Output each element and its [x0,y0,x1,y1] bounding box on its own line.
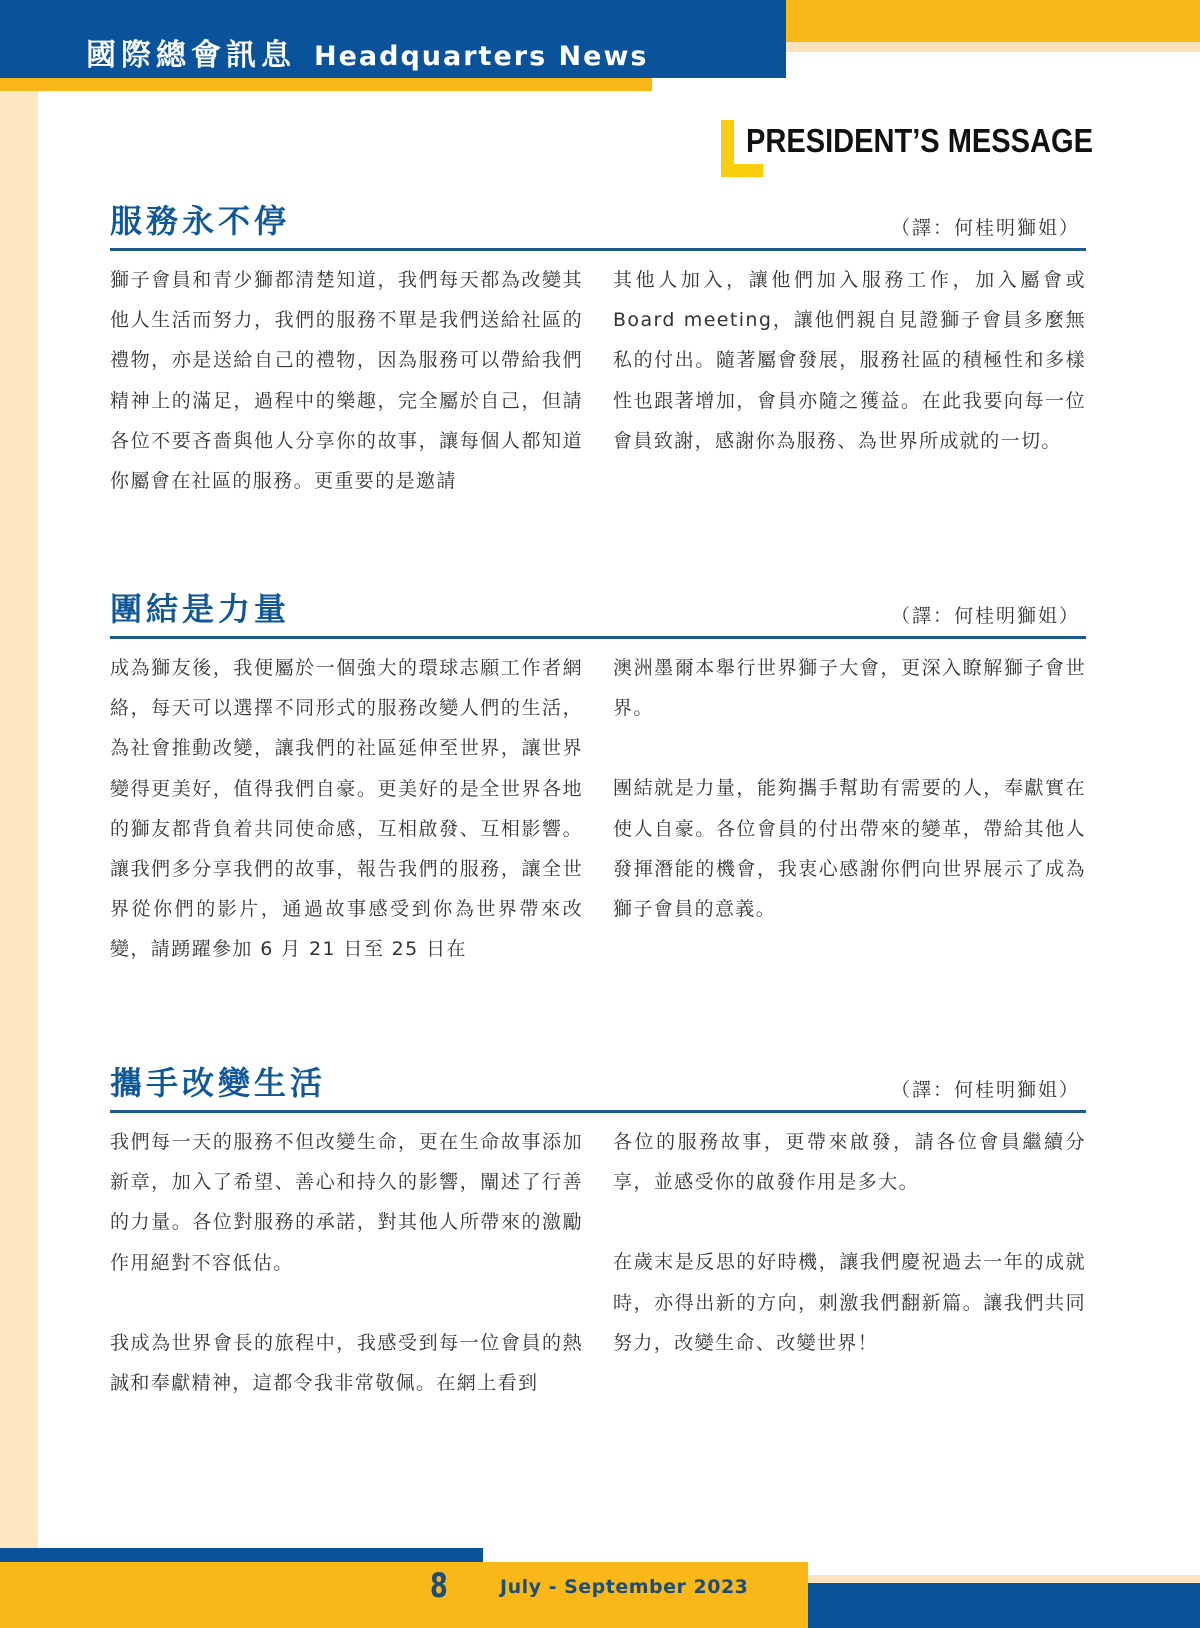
section-label: PRESIDENT’S MESSAGE [746,122,1093,160]
paragraph: 我成為世界會長的旅程中，我感受到每一位會員的熱誠和奉獻精神，這都令我非常敬佩。在… [110,1323,583,1403]
section-title: 服務永不停 [110,196,290,242]
footer-peach-strip [808,1575,1200,1583]
section-heading: 團結是力量 （譯：何桂明獅姐） [110,590,1086,639]
article-section: 攜手改變生活 （譯：何桂明獅姐） 我們每一天的服務不但改變生命，更在生命故事添加… [110,1064,1086,1403]
translator-credit: （譯：何桂明獅姐） [891,213,1080,240]
issue-date: July - September 2023 [500,1576,748,1598]
paragraph: 其他人加入，讓他們加入服務工作，加入屬會或Board meeting，讓他們親自… [613,260,1086,461]
paragraph: 成為獅友後，我便屬於一個強大的環球志願工作者網絡，每天可以選擇不同形式的服務改變… [110,648,583,970]
section-title: 團結是力量 [110,584,290,630]
l-bracket-mark-foot [721,164,763,177]
left-margin-stripe [0,91,38,1548]
paragraph: 澳洲墨爾本舉行世界獅子大會，更深入瞭解獅子會世界。 [613,648,1086,728]
header-yellow-underline [0,78,652,91]
header-title-zh: 國際總會訊息 [86,30,296,74]
page-number: 8 [430,1566,448,1606]
paragraph: 各位的服務故事，更帶來啟發，請各位會員繼續分享，並感受你的啟發作用是多大。 [613,1122,1086,1202]
header-right-yellow-band [786,0,1200,42]
two-column-body: 獅子會員和青少獅都清楚知道，我們每天都為改變其他人生活而努力，我們的服務不單是我… [110,260,1086,501]
two-column-body: 成為獅友後，我便屬於一個強大的環球志願工作者網絡，每天可以選擇不同形式的服務改變… [110,648,1086,970]
footer-blue-block [808,1583,1200,1628]
footer-blue-strip [0,1548,483,1562]
header-title-en: Headquarters News [314,41,648,72]
translator-credit: （譯：何桂明獅姐） [891,601,1080,628]
paragraph: 獅子會員和青少獅都清楚知道，我們每天都為改變其他人生活而努力，我們的服務不單是我… [110,260,583,501]
section-heading: 攜手改變生活 （譯：何桂明獅姐） [110,1064,1086,1113]
section-heading: 服務永不停 （譯：何桂明獅姐） [110,202,1086,251]
left-column: 獅子會員和青少獅都清楚知道，我們每天都為改變其他人生活而努力，我們的服務不單是我… [110,260,583,501]
translator-credit: （譯：何桂明獅姐） [891,1075,1080,1102]
article-section: 服務永不停 （譯：何桂明獅姐） 獅子會員和青少獅都清楚知道，我們每天都為改變其他… [110,202,1086,501]
paragraph: 團結就是力量，能夠攜手幫助有需要的人，奉獻實在使人自豪。各位會員的付出帶來的變革… [613,768,1086,929]
two-column-body: 我們每一天的服務不但改變生命，更在生命故事添加新章，加入了希望、善心和持久的影響… [110,1122,1086,1403]
article-section: 團結是力量 （譯：何桂明獅姐） 成為獅友後，我便屬於一個強大的環球志願工作者網絡… [110,590,1086,970]
paragraph: 我們每一天的服務不但改變生命，更在生命故事添加新章，加入了希望、善心和持久的影響… [110,1122,583,1283]
header-right-peach-band [786,42,1200,52]
header-title: 國際總會訊息 Headquarters News [86,30,648,70]
section-title: 攜手改變生活 [110,1058,326,1104]
paragraph: 在歲末是反思的好時機，讓我們慶祝過去一年的成就時，亦得出新的方向，刺激我們翻新篇… [613,1242,1086,1363]
left-column: 成為獅友後，我便屬於一個強大的環球志願工作者網絡，每天可以選擇不同形式的服務改變… [110,648,583,970]
right-column: 其他人加入，讓他們加入服務工作，加入屬會或Board meeting，讓他們親自… [613,260,1086,501]
left-column: 我們每一天的服務不但改變生命，更在生命故事添加新章，加入了希望、善心和持久的影響… [110,1122,583,1403]
right-column: 澳洲墨爾本舉行世界獅子大會，更深入瞭解獅子會世界。 團結就是力量，能夠攜手幫助有… [613,648,1086,970]
right-column: 各位的服務故事，更帶來啟發，請各位會員繼續分享，並感受你的啟發作用是多大。 在歲… [613,1122,1086,1403]
